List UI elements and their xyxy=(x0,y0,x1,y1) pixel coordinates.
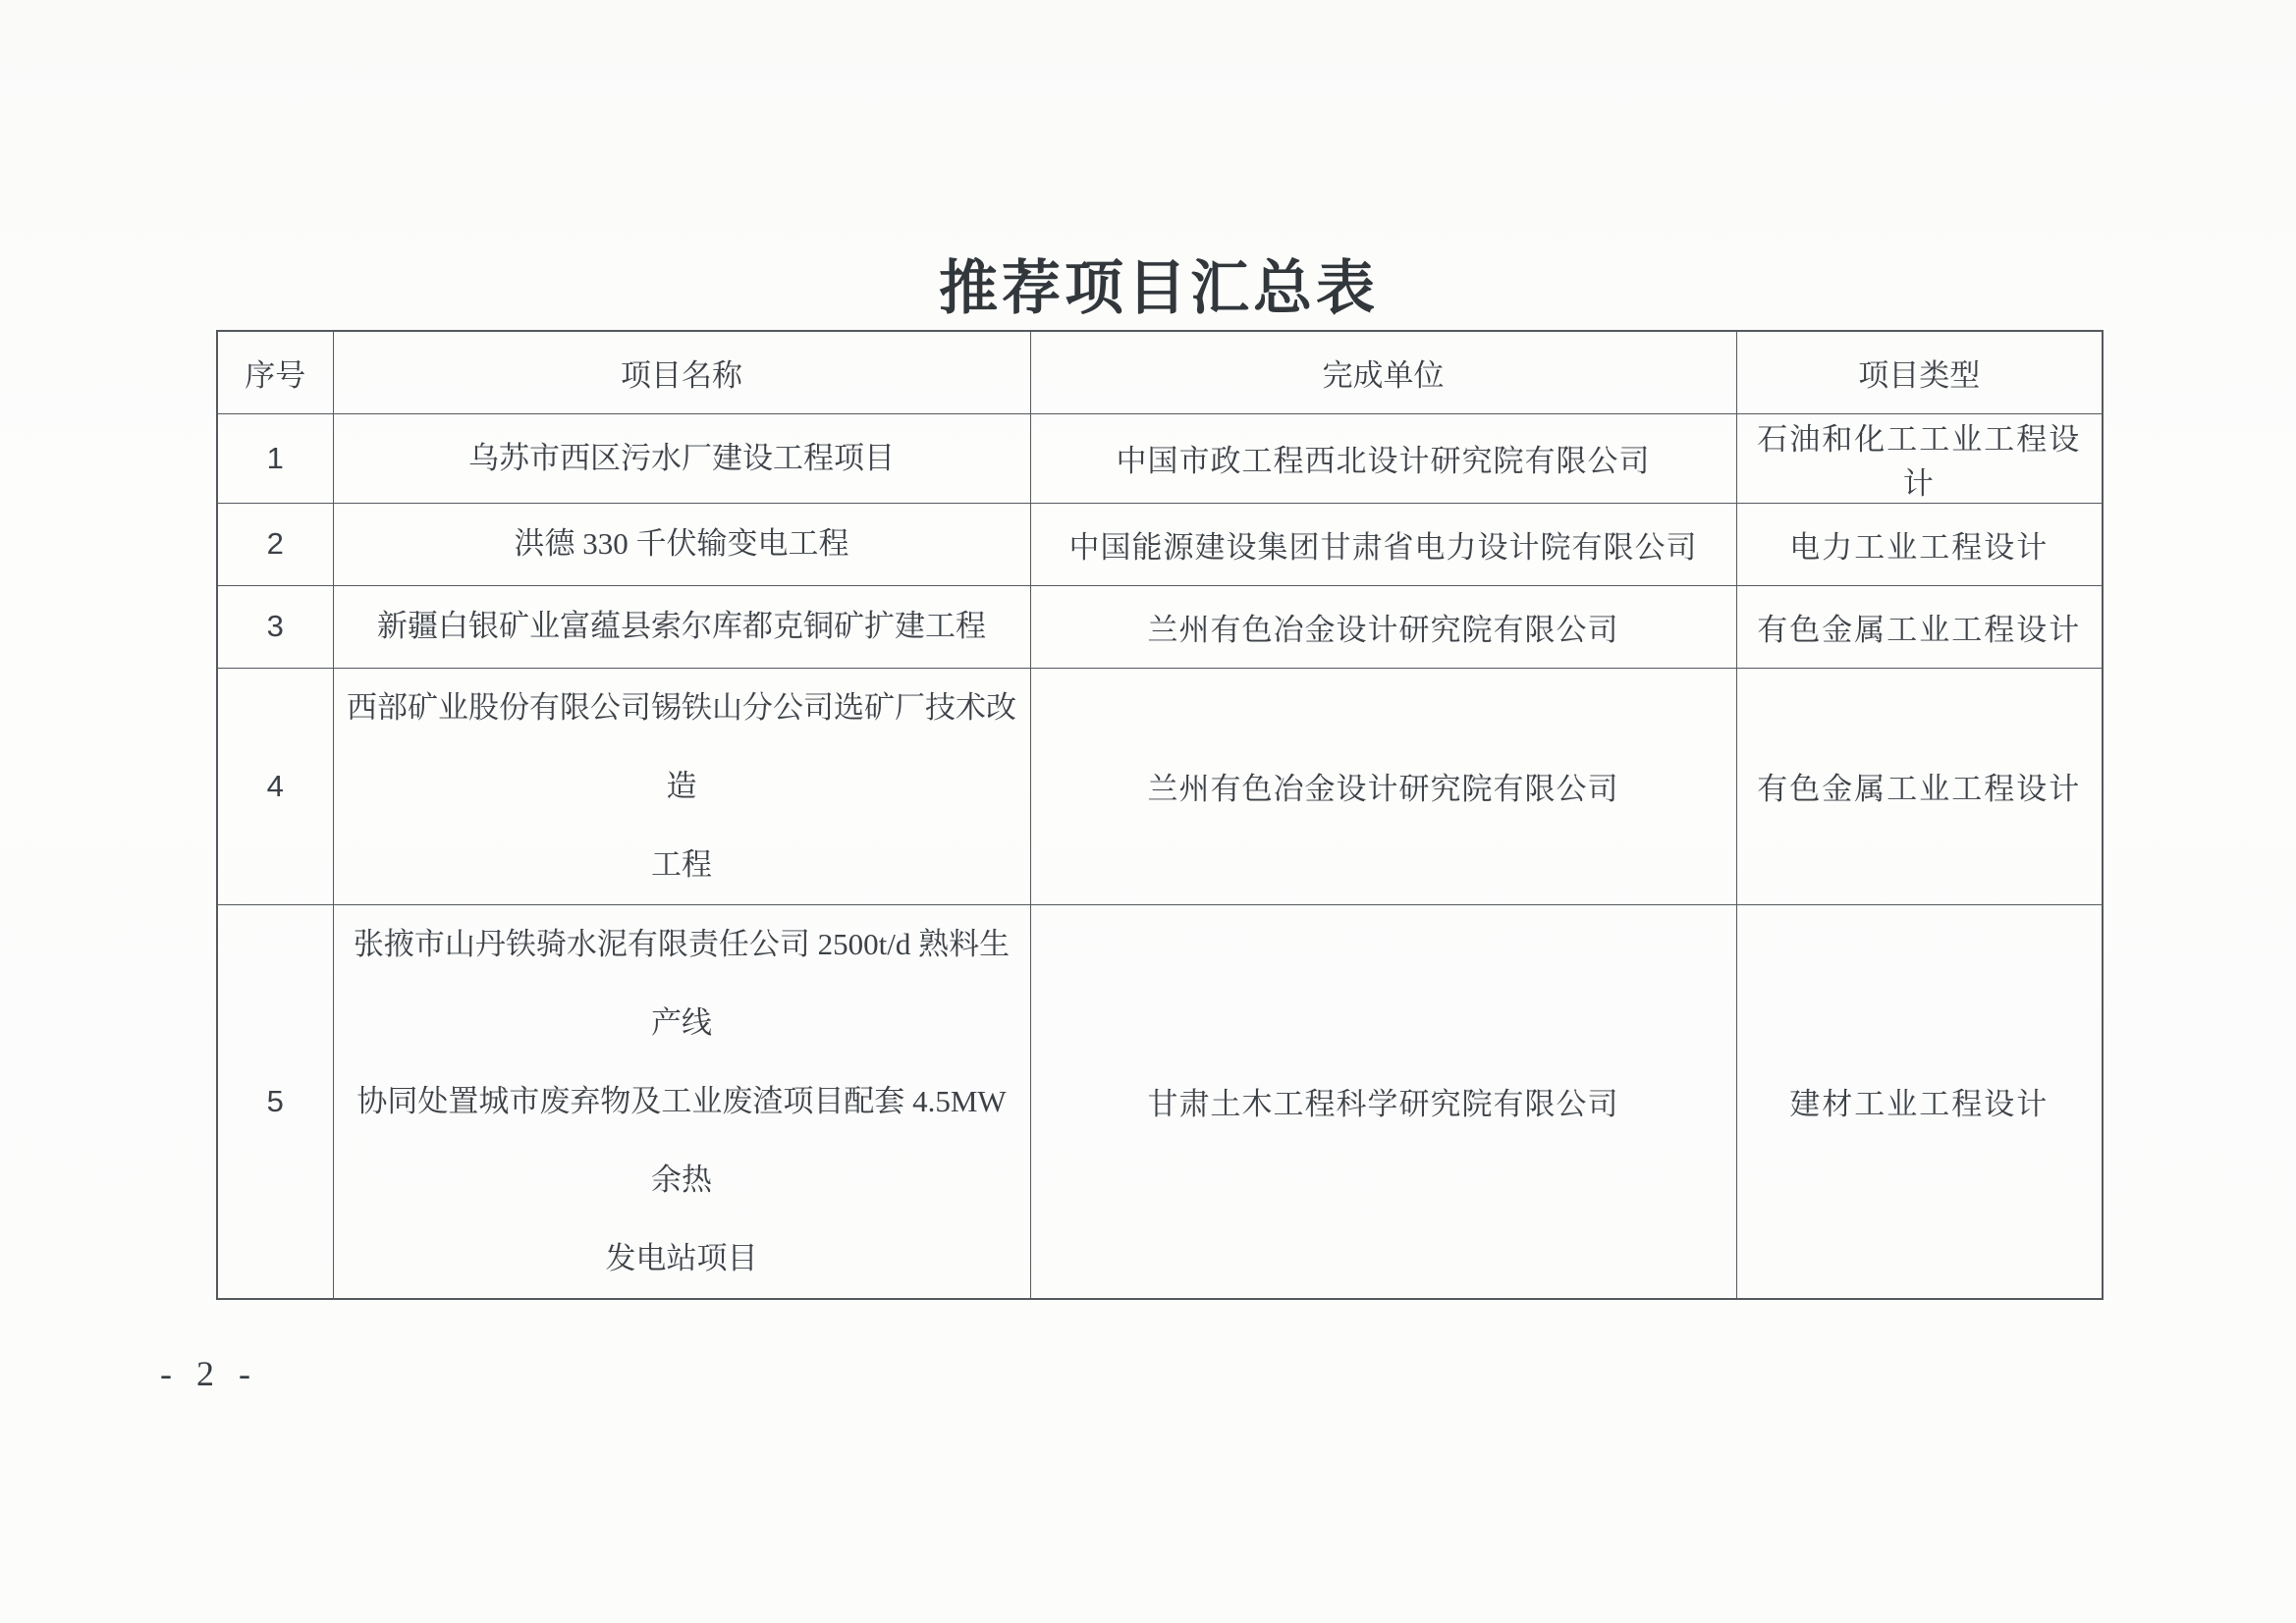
cell-completing-unit: 甘肃土木工程科学研究院有限公司 xyxy=(1030,904,1736,1299)
table-row: 4 西部矿业股份有限公司锡铁山分公司选矿厂技术改造 工程 兰州有色冶金设计研究院… xyxy=(217,668,2103,904)
cell-no: 3 xyxy=(217,585,333,668)
projects-summary-table: 序号 项目名称 完成单位 项目类型 1 乌苏市西区污水厂建设工程项目 中国市政工… xyxy=(216,330,2104,1300)
cell-no: 4 xyxy=(217,668,333,904)
cell-no: 1 xyxy=(217,413,333,503)
cell-completing-unit: 中国市政工程西北设计研究院有限公司 xyxy=(1030,413,1736,503)
cell-project-type: 有色金属工业工程设计 xyxy=(1736,668,2103,904)
cell-project-type: 电力工业工程设计 xyxy=(1736,503,2103,585)
cell-project-name: 西部矿业股份有限公司锡铁山分公司选矿厂技术改造 工程 xyxy=(333,668,1030,904)
col-header-project-type: 项目类型 xyxy=(1736,331,2103,413)
table-body: 1 乌苏市西区污水厂建设工程项目 中国市政工程西北设计研究院有限公司 石油和化工… xyxy=(217,413,2103,1299)
cell-project-type: 建材工业工程设计 xyxy=(1736,904,2103,1299)
header-row: 序号 项目名称 完成单位 项目类型 xyxy=(217,331,2103,413)
scanned-document-page: { "page": { "title": "推荐项目汇总表", "page_nu… xyxy=(0,0,2296,1623)
table-row: 1 乌苏市西区污水厂建设工程项目 中国市政工程西北设计研究院有限公司 石油和化工… xyxy=(217,413,2103,503)
cell-no: 2 xyxy=(217,503,333,585)
table-row: 5 张掖市山丹铁骑水泥有限责任公司 2500t/d 熟料生产线 协同处置城市废弃… xyxy=(217,904,2103,1299)
cell-completing-unit: 兰州有色冶金设计研究院有限公司 xyxy=(1030,668,1736,904)
cell-completing-unit: 兰州有色冶金设计研究院有限公司 xyxy=(1030,585,1736,668)
cell-project-name: 乌苏市西区污水厂建设工程项目 xyxy=(333,413,1030,503)
table-header: 序号 项目名称 完成单位 项目类型 xyxy=(217,331,2103,413)
table-row: 2 洪德 330 千伏输变电工程 中国能源建设集团甘肃省电力设计院有限公司 电力… xyxy=(217,503,2103,585)
page-number: - 2 - xyxy=(160,1353,258,1394)
table-row: 3 新疆白银矿业富蕴县索尔库都克铜矿扩建工程 兰州有色冶金设计研究院有限公司 有… xyxy=(217,585,2103,668)
page-title: 推荐项目汇总表 xyxy=(216,242,2102,326)
cell-project-name: 洪德 330 千伏输变电工程 xyxy=(333,503,1030,585)
cell-no: 5 xyxy=(217,904,333,1299)
col-header-completing-unit: 完成单位 xyxy=(1030,331,1736,413)
col-header-no: 序号 xyxy=(217,331,333,413)
col-header-project-name: 项目名称 xyxy=(333,331,1030,413)
cell-completing-unit: 中国能源建设集团甘肃省电力设计院有限公司 xyxy=(1030,503,1736,585)
cell-project-type: 石油和化工工业工程设计 xyxy=(1736,413,2103,503)
cell-project-name: 新疆白银矿业富蕴县索尔库都克铜矿扩建工程 xyxy=(333,585,1030,668)
cell-project-name: 张掖市山丹铁骑水泥有限责任公司 2500t/d 熟料生产线 协同处置城市废弃物及… xyxy=(333,904,1030,1299)
cell-project-type: 有色金属工业工程设计 xyxy=(1736,585,2103,668)
